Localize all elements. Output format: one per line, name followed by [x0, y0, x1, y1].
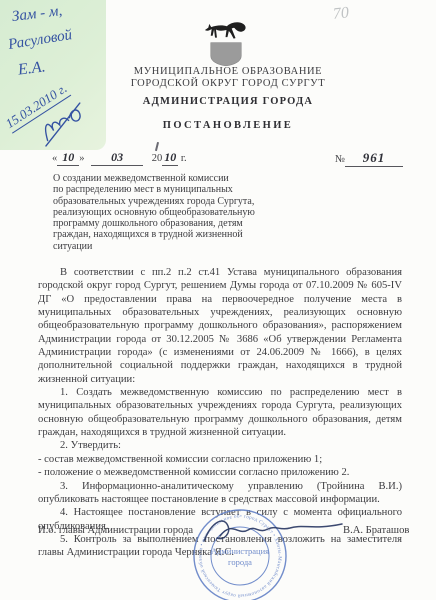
item-3: 3. Информационно-аналитическому управлен…	[38, 480, 402, 507]
shield-icon	[209, 41, 243, 67]
org-name-line3: АДМИНИСТРАЦИЯ ГОРОДА	[20, 96, 436, 107]
date-month-value: 03	[111, 150, 123, 164]
org-name-line1: МУНИЦИПАЛЬНОЕ ОБРАЗОВАНИЕ	[20, 66, 436, 77]
subject-line: реализующих основную общеобразовательную	[53, 207, 323, 218]
item-1: 1. Создать межведомственную комиссию по …	[38, 386, 402, 439]
org-name-line2: ГОРОДСКОЙ ОКРУГ ГОРОД СУРГУТ	[20, 78, 436, 89]
date-field: «10» 03 2010 г.	[52, 150, 187, 166]
item-2: 2. Утвердить:	[38, 439, 402, 452]
subject-line: образовательных учреждениях города Сургу…	[53, 196, 323, 207]
subject-line: О создании межведомственной комиссии	[53, 173, 323, 184]
document-page: Зам - м, Расуловой Е.А. 15.03.2010 г. 70…	[0, 0, 436, 600]
pencil-page-number: 70	[332, 4, 350, 24]
item-2-sub-1: - состав межведомственной комиссии согла…	[38, 453, 402, 466]
signatory-name: В.А. Браташов	[343, 525, 409, 536]
official-signature-icon	[196, 511, 346, 549]
date-day-value: 10	[62, 150, 74, 164]
subject-line: программу дошкольного образования, детям	[53, 218, 323, 229]
subject-line: граждан, находящихся в трудной жизненной	[53, 229, 323, 240]
number-sign: №	[335, 154, 345, 165]
item-2-sub-2: - положение о межведомственной комиссии …	[38, 466, 402, 479]
stamp-center-line2: города	[228, 557, 252, 567]
date-year-print: 20	[152, 153, 163, 164]
date-quote-close: »	[79, 153, 84, 164]
subject-line: по распределению мест в муниципальных	[53, 184, 323, 195]
date-year-suffix: г.	[181, 153, 187, 164]
document-number-value: 961	[363, 150, 386, 165]
document-type-title: ПОСТАНОВЛЕНИЕ	[20, 120, 436, 131]
signatory-position: И.о. главы Администрации города	[38, 525, 193, 536]
fox-icon	[202, 20, 250, 41]
document-number-field: №961	[335, 150, 403, 167]
subject-block: О создании межведомственной комиссии по …	[53, 173, 323, 252]
subject-line: ситуации	[53, 241, 323, 252]
preamble-paragraph: В соответствии с пп.2 п.2 ст.41 Устава м…	[38, 266, 402, 386]
date-year-hand: 10	[164, 150, 176, 164]
